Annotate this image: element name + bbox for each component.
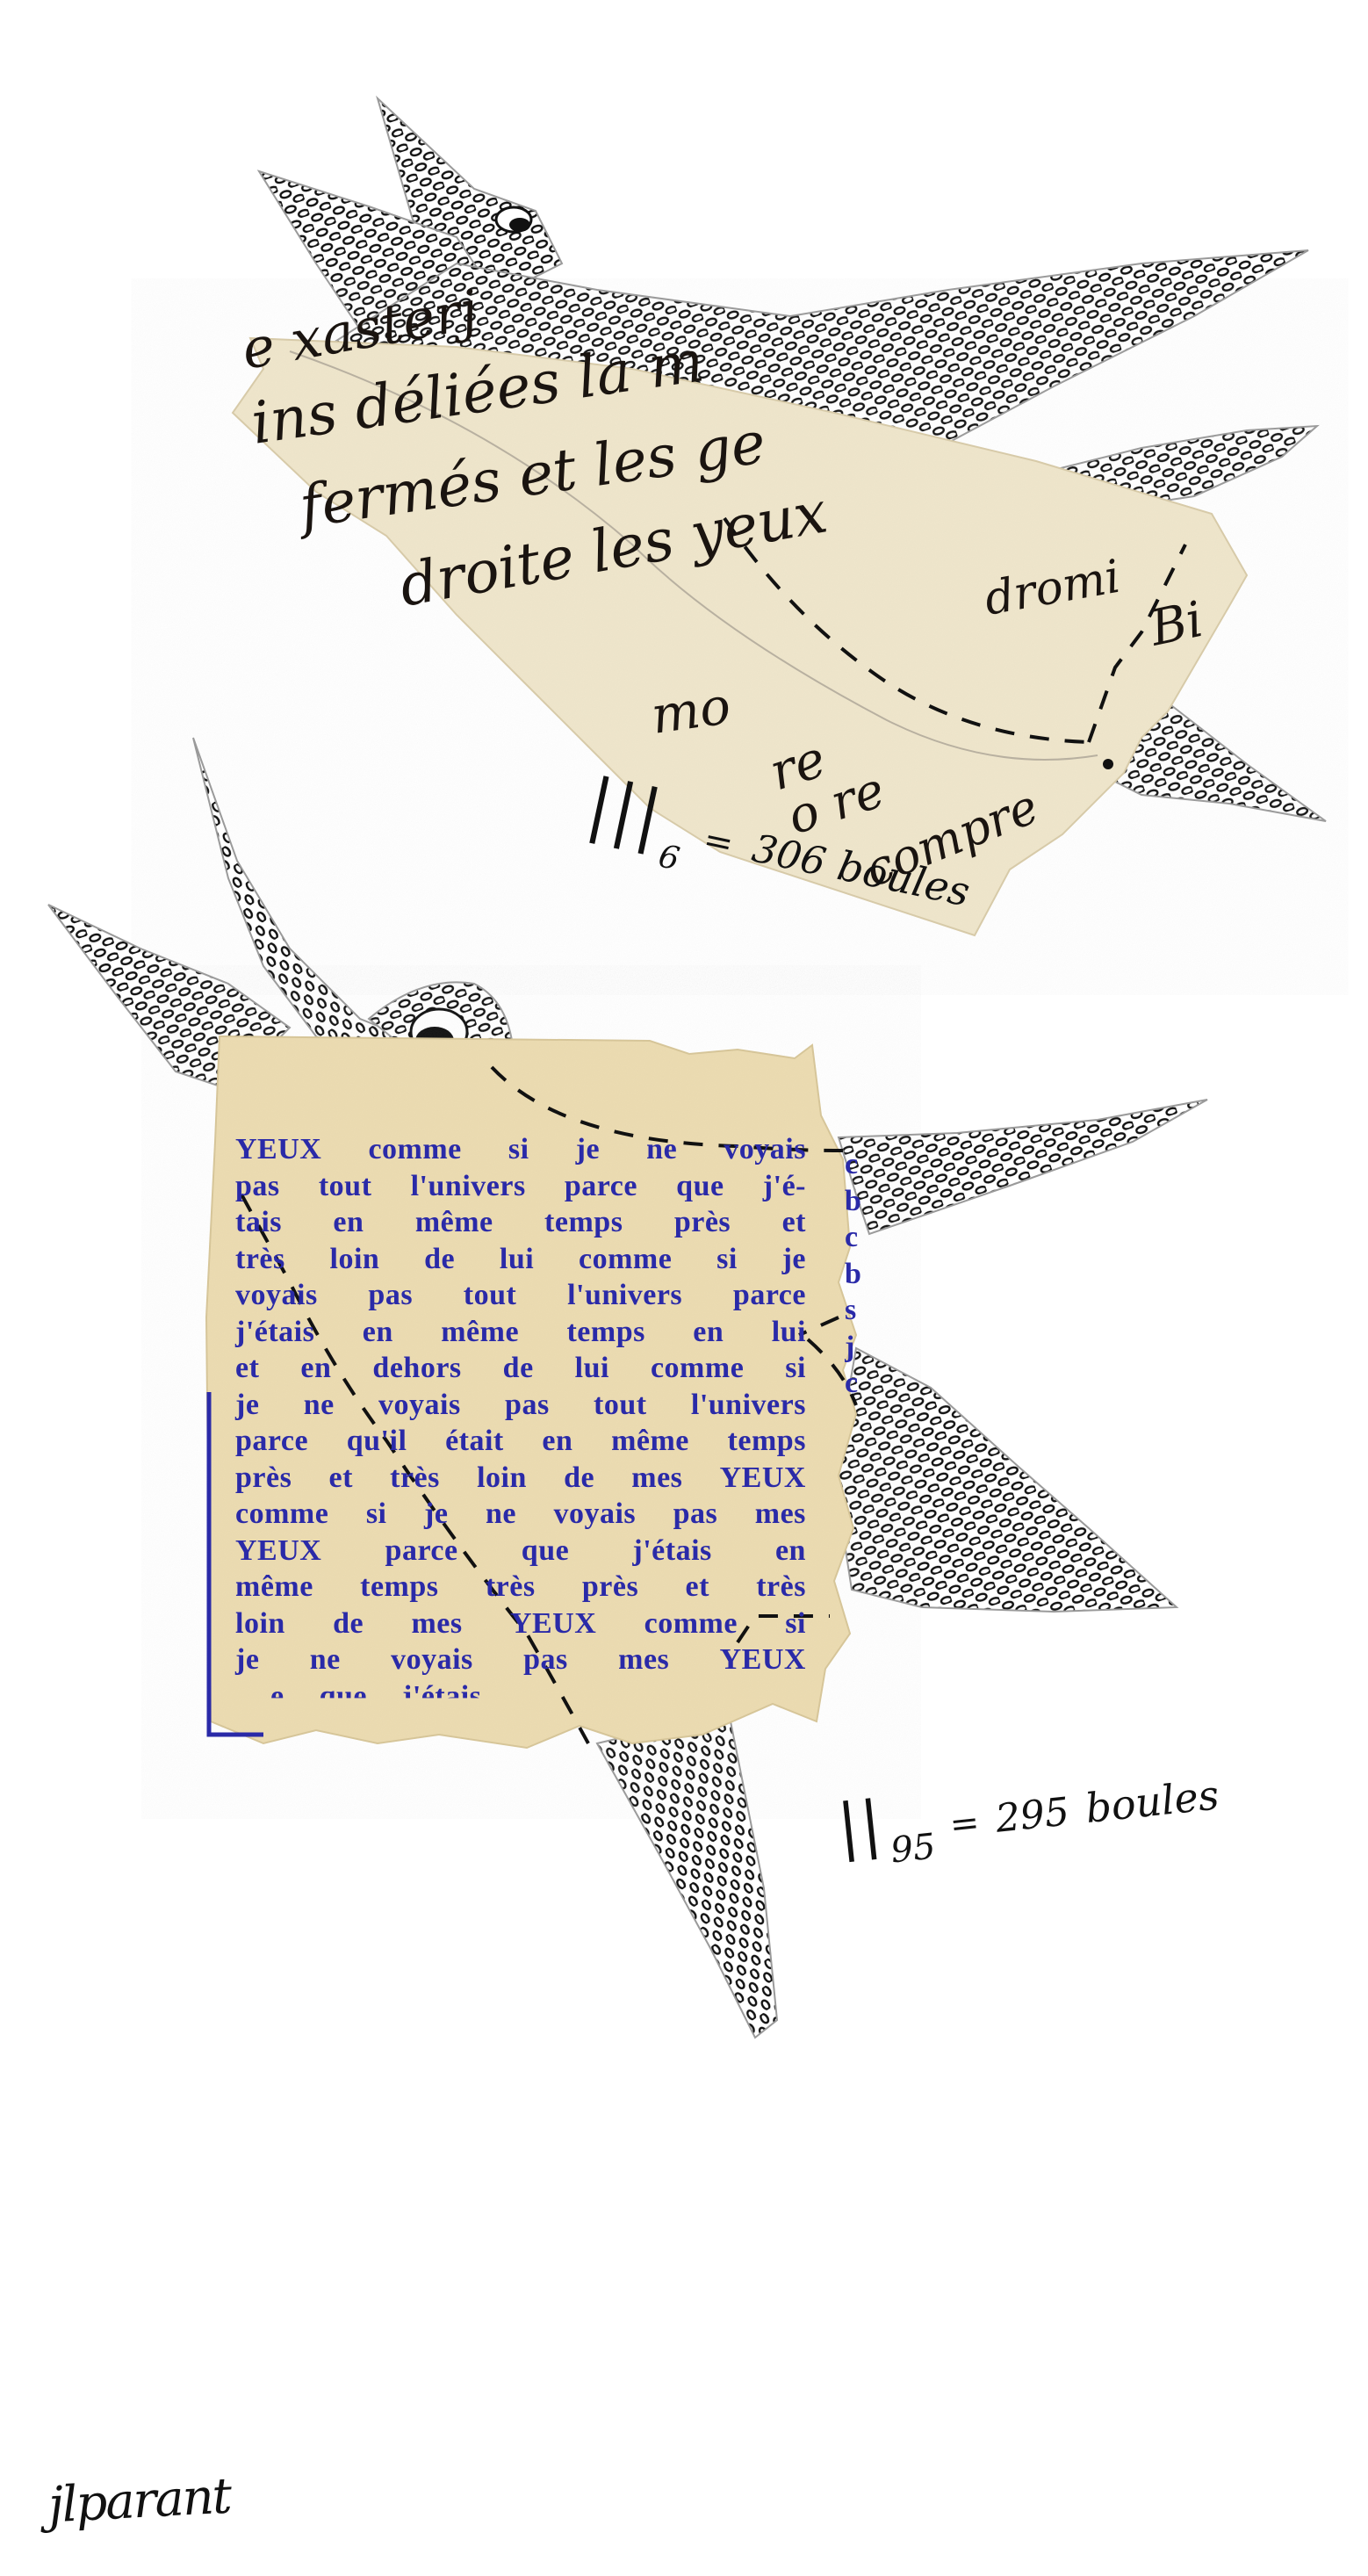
printed-line: YEUXparcequej'étaisen — [235, 1533, 806, 1569]
tally-subscript: 95 — [889, 1826, 937, 1871]
printed-line: commesijenevoyaispasmes — [235, 1496, 806, 1533]
printed-line: jenevoyaispasmesYEUX — [235, 1642, 806, 1678]
printed-line: prèsettrèsloindemesYEUX — [235, 1460, 806, 1497]
artist-signature: jlparant — [47, 2468, 231, 2535]
count-value: 295 — [993, 1789, 1071, 1841]
lower-fish-fin-right-upper — [839, 1100, 1207, 1234]
lower-fish-tail-bottom — [597, 1713, 777, 2038]
tally-marks: || — [834, 1787, 886, 1864]
lower-fish-printed-text: YEUXcommesijenevoyais pastoutl'universpa… — [235, 1131, 806, 1714]
printed-line: etendehorsdeluicommesi — [235, 1350, 806, 1387]
lower-fish-fin-right-lower — [834, 1348, 1177, 1612]
printed-line: loindemesYEUXcommesi — [235, 1605, 806, 1642]
printed-line: j'étaisenmêmetempsenlui — [235, 1314, 806, 1351]
printed-line: jenevoyaispastoutl'univers — [235, 1387, 806, 1424]
artwork-canvas: e xasterj ins déliées la m fermés et les… — [0, 0, 1368, 2576]
printed-line: equej'étais — [235, 1678, 806, 1715]
lower-fish-edge-letters: c b c b s j c — [845, 1146, 862, 1402]
svg-text:mo: mo — [647, 675, 734, 746]
equals-sign: = — [948, 1802, 982, 1845]
equals-sign: = — [700, 819, 737, 865]
tally-marks: ||| — [580, 764, 670, 857]
printed-line: pastoutl'universparcequej'é- — [235, 1168, 806, 1205]
printed-line: mêmetempstrèsprèsettrès — [235, 1569, 806, 1605]
printed-line: parcequ'ilétaitenmêmetemps — [235, 1423, 806, 1460]
printed-line: trèsloindeluicommesije — [235, 1241, 806, 1278]
printed-line: voyaispastoutl'universparce — [235, 1277, 806, 1314]
count-value: 306 — [748, 826, 830, 885]
count-unit: boules — [1084, 1771, 1221, 1832]
printed-line: YEUXcommesijenevoyais — [235, 1131, 806, 1168]
printed-line: taisenmêmetempsprèset — [235, 1204, 806, 1241]
